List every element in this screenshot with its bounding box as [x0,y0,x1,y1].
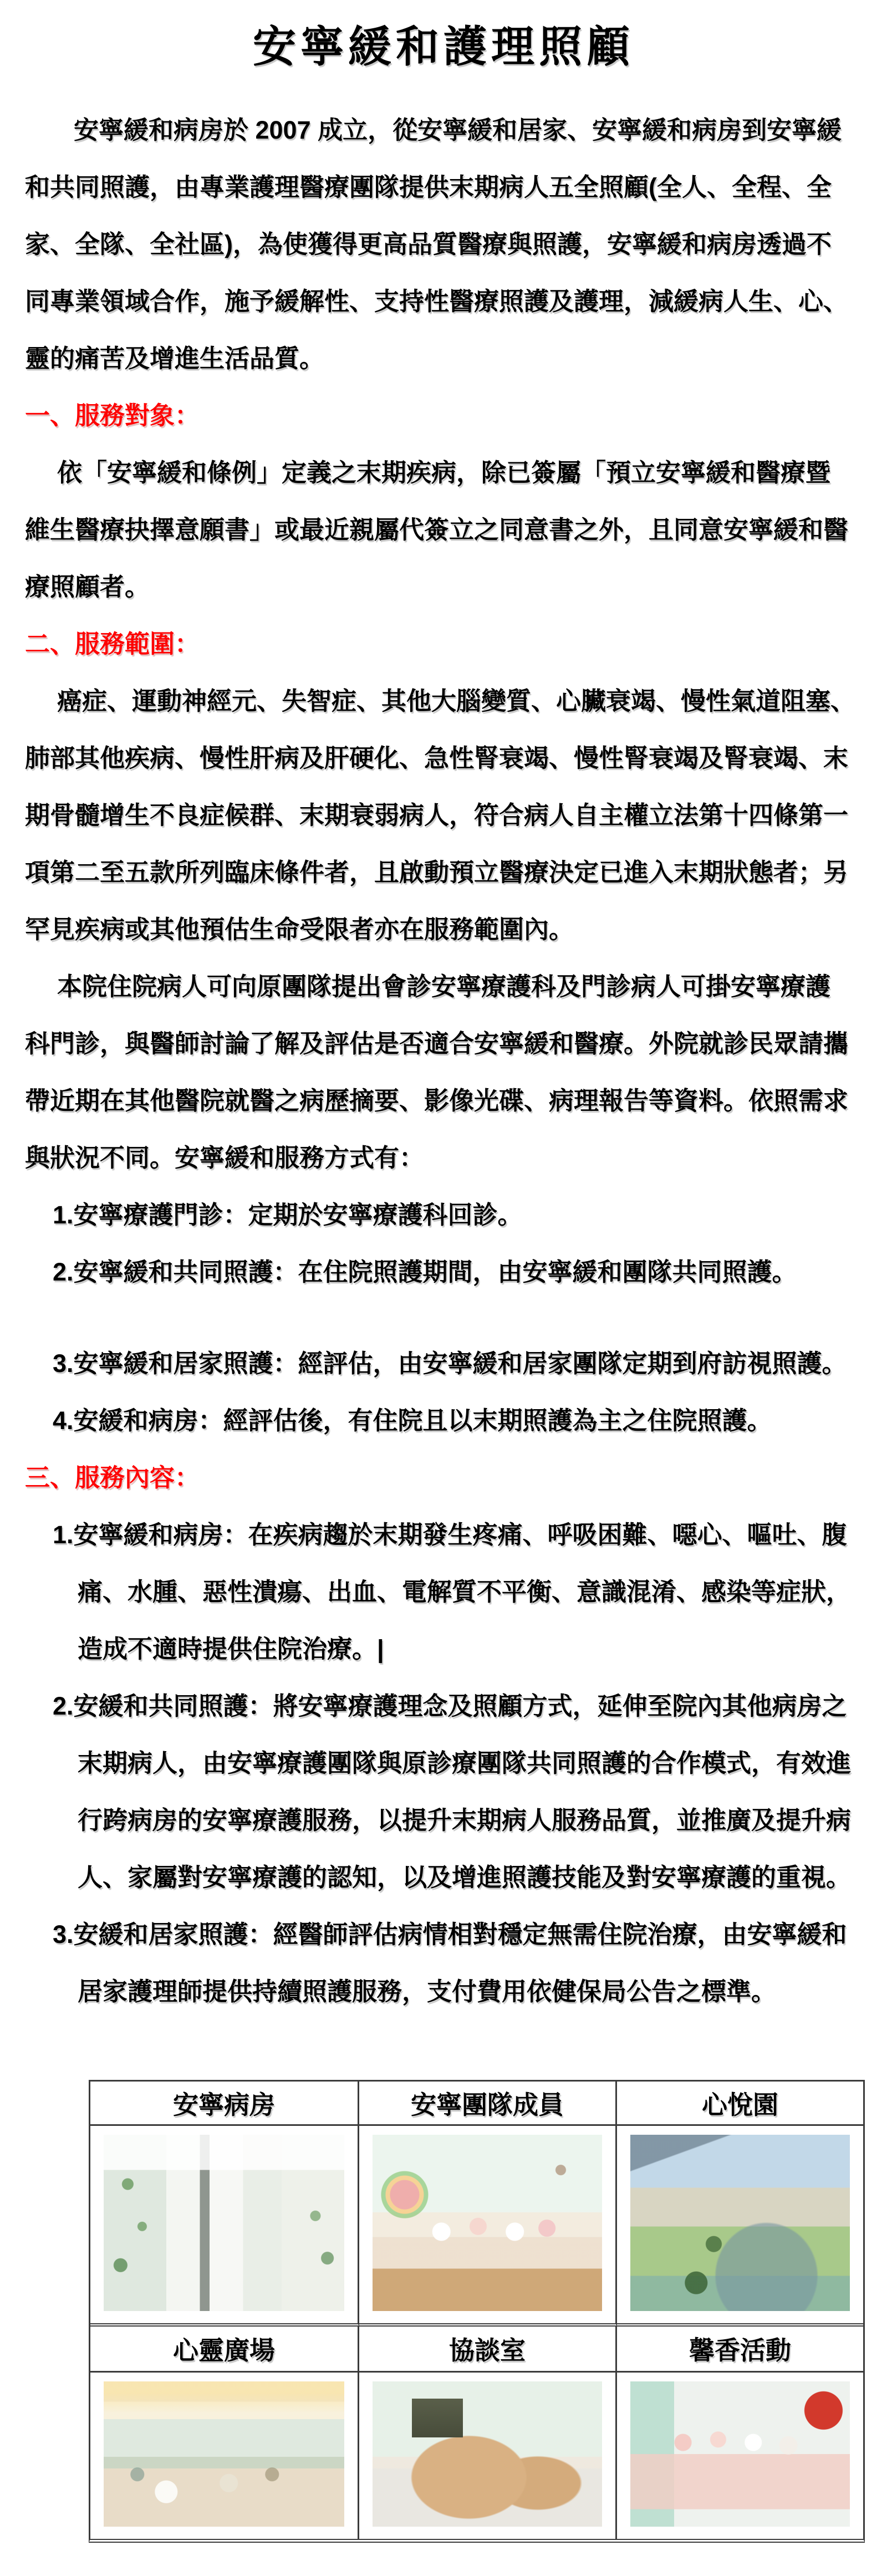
text-line: 維生醫療抉擇意願書」或最近親屬代簽立之同意書之外，且同意安寧緩和醫 [25,501,865,558]
text-line: 行跨病房的安寧療護服務，以提升末期病人服務品質，並推廣及提升病 [25,1792,865,1849]
document-page: 安寧緩和護理照顧 安寧緩和病房於 2007 成立，從安寧緩和居家、安寧緩和病房到… [0,0,887,2576]
text-line: 肺部其他疾病、慢性肝病及肝硬化、急性腎衰竭、慢性腎衰竭及腎衰竭、末 [25,730,865,787]
text-line: 3.安緩和居家照護：經醫師評估病情相對穩定無需住院治療，由安寧緩和 [25,1906,865,1963]
text-line: 和共同照護，由專業護理醫療團隊提供末期病人五全照顧(全人、全程、全 [25,159,865,216]
table-cell-photo [359,2126,617,2327]
photo-aroma-activity [630,2381,850,2527]
photo-counseling-room [373,2381,602,2527]
table-caption-counseling-room: 協談室 [359,2327,617,2373]
text-line: 人、家屬對安寧療護的認知，以及增進照護技能及對安寧療護的重視。 [25,1849,865,1906]
table-caption-hospice-ward: 安寧病房 [90,2082,359,2126]
text-line: 4.安緩和病房：經評估後，有住院且以末期照護為主之住院照護。 [25,1392,865,1449]
table-caption-spirit-plaza: 心靈廣場 [90,2327,359,2373]
section-heading: 三、服務內容： [25,1449,865,1506]
photo-hospice-team-members [373,2135,602,2311]
text-line: 罕見疾病或其他預估生命受限者亦在服務範圍內。 [25,901,865,958]
section-heading: 二、服務範圍： [25,615,865,672]
text-line: 依「安寧緩和條例」定義之末期疾病，除已簽屬「預立安寧緩和醫療暨 [25,444,865,501]
text-line: 家、全隊、全社區)，為使獲得更高品質醫療與照護，安寧緩和病房透過不 [25,216,865,273]
table-cell-photo [90,2373,359,2539]
text-line: 同專業領域合作，施予緩解性、支持性醫療照護及護理，減緩病人生、心、 [25,273,865,330]
text-line: 與狀況不同。安寧緩和服務方式有： [25,1129,865,1186]
page-title: 安寧緩和護理照顧 [0,0,887,101]
text-line: 造成不適時提供住院治療。| [25,1620,865,1677]
text-line: 項第二至五款所列臨床條件者，且啟動預立醫療決定已進入末期狀態者；另 [25,844,865,901]
text-line: 末期病人，由安寧療護團隊與原診療團隊共同照護的合作模式，有效進 [25,1735,865,1792]
photo-spirit-plaza [104,2381,344,2527]
text-line: 癌症、運動神經元、失智症、其他大腦變質、心臟衰竭、慢性氣道阻塞、 [25,672,865,730]
table-caption-hospice-team: 安寧團隊成員 [359,2082,617,2126]
text-line: 3.安寧緩和居家照護：經評估，由安寧緩和居家團隊定期到府訪視照護。 [25,1335,865,1392]
text-line: 2.安寧緩和共同照護：在住院照護期間，由安寧緩和團隊共同照護。 [25,1243,865,1300]
photo-hospice-ward-corridor [104,2135,344,2311]
text-line: 療照顧者。 [25,558,865,615]
table-caption-aroma-activity: 馨香活動 [617,2327,863,2373]
table-cell-photo [617,2126,863,2327]
photo-table: 安寧病房 安寧團隊成員 心悅園 心靈廣場 協談室 馨香活動 [89,2080,865,2543]
text-line: 靈的痛苦及增進生活品質。 [25,330,865,387]
text-line: 期骨髓增生不良症候群、末期衰弱病人，符合病人自主權立法第十四條第一 [25,787,865,844]
text-line: 安寧緩和病房於 2007 成立，從安寧緩和居家、安寧緩和病房到安寧緩 [25,101,865,159]
text-line: 居家護理師提供持續照護服務，支付費用依健保局公告之標準。 [25,1963,865,2020]
photo-xinyue-garden [630,2135,850,2311]
text-line: 1.安寧緩和病房：在疾病趨於末期發生疼痛、呼吸困難、噁心、嘔吐、腹 [25,1506,865,1563]
text-line: 本院住院病人可向原團隊提出會診安寧療護科及門診病人可掛安寧療護 [25,958,865,1015]
text-line: 痛、水腫、惡性潰瘍、出血、電解質不平衡、意識混淆、感染等症狀， [25,1563,865,1620]
text-line: 科門診，與醫師討論了解及評估是否適合安寧緩和醫療。外院就診民眾請攜 [25,1015,865,1072]
section-heading: 一、服務對象： [25,387,865,444]
table-caption-xinyue-garden: 心悅園 [617,2082,863,2126]
table-cell-photo [617,2373,863,2539]
table-cell-photo [90,2126,359,2327]
text-line: 帶近期在其他醫院就醫之病歷摘要、影像光碟、病理報告等資料。依照需求 [25,1072,865,1129]
table-cell-photo [359,2373,617,2539]
text-line: 1.安寧療護門診：定期於安寧療護科回診。 [25,1186,865,1243]
text-line: 2.安緩和共同照護：將安寧療護理念及照顧方式，延伸至院內其他病房之 [25,1677,865,1735]
document-body: 安寧緩和病房於 2007 成立，從安寧緩和居家、安寧緩和病房到安寧緩和共同照護，… [0,101,887,2020]
